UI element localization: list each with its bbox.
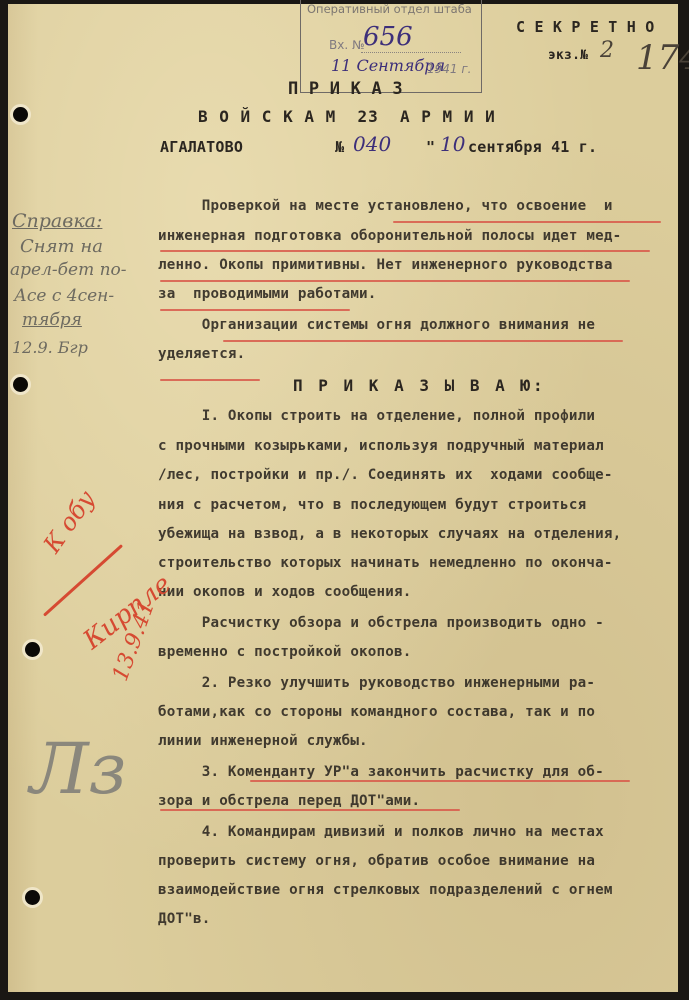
stamp-year: 1941 г. — [427, 62, 471, 76]
body-line: нии окопов и ходов сообщения. — [158, 584, 412, 600]
body-line: I. Окопы строить на отделение, полной пр… — [158, 408, 595, 424]
body-line: /лес, постройки и пр./. Соединять их ход… — [158, 467, 613, 483]
margin-note-line: Снят на — [20, 236, 103, 257]
body-line: убежища на взвод, а в некоторых случаях … — [158, 526, 621, 542]
copy-label: экз.№ — [548, 48, 588, 63]
stamp-title: Оперативный отдел штаба — [307, 2, 472, 16]
red-underline — [250, 780, 630, 782]
red-underline — [393, 221, 661, 223]
red-margin-note: К обу — [38, 485, 101, 558]
body-line: Организации системы огня должного вниман… — [158, 317, 595, 333]
body-line: взаимодействие огня стрелковых подраздел… — [158, 882, 613, 898]
margin-note-line: 12.9. Бгр — [12, 338, 88, 357]
red-underline — [160, 379, 260, 381]
body-line: инженерная подготовка оборонительной пол… — [158, 228, 621, 244]
margin-note-line: Асе с 4сен- — [14, 286, 114, 306]
document-page: Оперативный отдел штаба Вх. № 656 11 Сен… — [8, 4, 678, 992]
body-line: линии инженерной службы. — [158, 733, 368, 749]
body-line: Проверкой на месте установлено, что осво… — [158, 198, 613, 214]
stamp-rule — [361, 52, 461, 53]
margin-note-line: арел-бет по- — [10, 260, 127, 280]
classification-label: С Е К Р Е Т Н О — [516, 18, 654, 36]
place: АГАЛАТОВО — [160, 138, 243, 156]
body-line: ния с расчетом, что в последующем будут … — [158, 497, 586, 513]
body-line: Расчистку обзора и обстрела производить … — [158, 615, 604, 631]
order-number-label: № — [335, 138, 344, 156]
body-line: зора и обстрела перед ДОТ"ами. — [158, 793, 420, 809]
red-underline — [160, 809, 460, 811]
order-heading: П Р И К А З Ы В А Ю: — [293, 376, 546, 395]
body-line: с прочными козырьками, используя подручн… — [158, 438, 604, 454]
stamp-incoming-number: 656 — [363, 22, 413, 52]
punch-hole — [13, 107, 28, 122]
body-line: проверить систему огня, обратив особое в… — [158, 853, 595, 869]
archive-mark: 174 — [636, 38, 689, 78]
body-line: временно с постройкой окопов. — [158, 644, 412, 660]
pencil-signature: Лз — [30, 728, 127, 810]
red-underline — [160, 309, 350, 311]
punch-hole — [25, 890, 40, 905]
doc-type: П Р И К А З — [288, 79, 403, 99]
margin-note-line: Справка: — [12, 210, 102, 232]
copy-number: 2 — [600, 38, 614, 63]
body-line: 2. Резко улучшить руководство инженерным… — [158, 675, 595, 691]
red-underline — [223, 340, 623, 342]
order-date-rest: сентября 41 г. — [468, 138, 597, 156]
punch-hole — [25, 642, 40, 657]
margin-note-line: тября — [22, 310, 82, 330]
stamp-incoming-label: Вх. № — [329, 38, 364, 52]
addressee: В О Й С К А М 23 А Р М И И — [198, 107, 496, 126]
body-line: ботами,как со стороны командного состава… — [158, 704, 595, 720]
body-line: 4. Командирам дивизий и полков лично на … — [158, 824, 604, 840]
body-line: уделяется. — [158, 346, 245, 362]
body-line: ленно. Окопы примитивны. Нет инженерного… — [158, 257, 613, 273]
body-line: ДОТ"в. — [158, 911, 210, 927]
body-line: строительство которых начинать немедленн… — [158, 555, 613, 571]
body-line: 3. Коменданту УР"а закончить расчистку д… — [158, 764, 604, 780]
red-underline — [160, 280, 630, 282]
order-date-day: 10 — [440, 132, 465, 156]
red-underline — [160, 250, 650, 252]
order-number: 040 — [353, 132, 391, 156]
body-line: за проводимыми работами. — [158, 286, 377, 302]
punch-hole — [13, 377, 28, 392]
